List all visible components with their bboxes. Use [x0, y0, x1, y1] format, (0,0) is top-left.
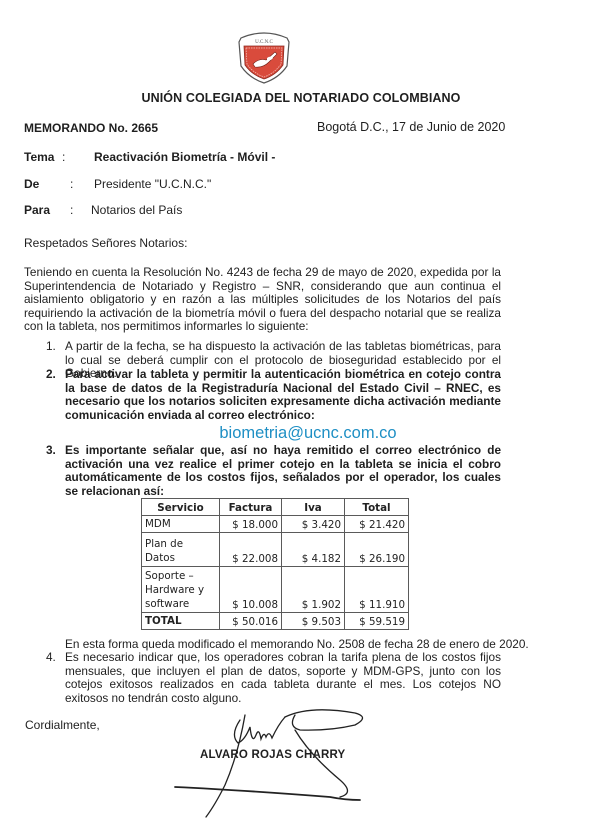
- meta-de-label: De: [24, 177, 39, 191]
- modification-note: En esta forma queda modificado el memora…: [65, 637, 529, 651]
- list-item-number: 2.: [46, 368, 56, 382]
- meta-tema-value: Reactivación Biometría - Móvil -: [94, 150, 275, 164]
- cell-factura: $ 10.008: [220, 567, 282, 613]
- cell-iva: $ 4.182: [282, 533, 345, 567]
- memo-place-date: Bogotá D.C., 17 de Junio de 2020: [317, 120, 505, 134]
- svg-text:U.C.N.C: U.C.N.C: [255, 40, 273, 45]
- signer-name: ALVARO ROJAS CHARRY: [200, 749, 345, 761]
- memo-number: MEMORANDO No. 2665: [24, 121, 158, 135]
- organization-name: UNIÓN COLEGIADA DEL NOTARIADO COLOMBIANO: [0, 91, 598, 105]
- list-item-number: 1.: [46, 340, 56, 354]
- cell-total: $ 26.190: [345, 533, 409, 567]
- cell-iva: $ 9.503: [282, 613, 345, 630]
- table-row: MDM $ 18.000 $ 3.420 $ 21.420: [142, 516, 409, 533]
- cell-total: $ 11.910: [345, 567, 409, 613]
- list-item-text: Para activar la tableta y permitir la au…: [65, 368, 501, 422]
- meta-tema-label: Tema: [24, 150, 54, 164]
- handwritten-signature-icon: [160, 705, 460, 825]
- intro-paragraph: Teniendo en cuenta la Resolución No. 424…: [24, 266, 501, 334]
- meta-de-colon: :: [70, 177, 73, 191]
- cell-servicio: Plan de Datos: [142, 533, 220, 567]
- column-header-factura: Factura: [220, 499, 282, 516]
- meta-para-label: Para: [24, 203, 50, 217]
- column-header-total: Total: [345, 499, 409, 516]
- table-total-row: TOTAL $ 50.016 $ 9.503 $ 59.519: [142, 613, 409, 630]
- cell-total: $ 21.420: [345, 516, 409, 533]
- cell-factura: $ 18.000: [220, 516, 282, 533]
- table-row: Soporte – Hardware y software $ 10.008 $…: [142, 567, 409, 613]
- column-header-servicio: Servicio: [142, 499, 220, 516]
- meta-para-value: Notarios del País: [91, 203, 182, 217]
- cell-servicio: Soporte – Hardware y software: [142, 567, 220, 613]
- cell-iva: $ 1.902: [282, 567, 345, 613]
- cell-factura: $ 50.016: [220, 613, 282, 630]
- list-item-number: 4.: [46, 651, 56, 665]
- list-item-text: Es necesario indicar que, los operadores…: [65, 651, 501, 705]
- table-header-row: Servicio Factura Iva Total: [142, 499, 409, 516]
- meta-de-value: Presidente "U.C.N.C.": [94, 177, 211, 191]
- salutation: Respetados Señores Notarios:: [24, 236, 187, 250]
- ucnc-shield-logo-icon: U.C.N.C: [233, 28, 295, 84]
- cell-total: $ 59.519: [345, 613, 409, 630]
- activation-email-link[interactable]: biometria@ucnc.com.co: [0, 424, 598, 443]
- list-item-number: 3.: [46, 444, 56, 458]
- cell-factura: $ 22.008: [220, 533, 282, 567]
- meta-para-colon: :: [70, 203, 73, 217]
- table-row: Plan de Datos $ 22.008 $ 4.182 $ 26.190: [142, 533, 409, 567]
- closing-salutation: Cordialmente,: [25, 718, 100, 732]
- column-header-iva: Iva: [282, 499, 345, 516]
- cell-iva: $ 3.420: [282, 516, 345, 533]
- cell-servicio: TOTAL: [142, 613, 220, 630]
- meta-tema-colon: :: [62, 150, 65, 164]
- cell-servicio: MDM: [142, 516, 220, 533]
- cost-table: Servicio Factura Iva Total MDM $ 18.000 …: [141, 498, 409, 630]
- list-item-text: Es importante señalar que, así no haya r…: [65, 444, 501, 498]
